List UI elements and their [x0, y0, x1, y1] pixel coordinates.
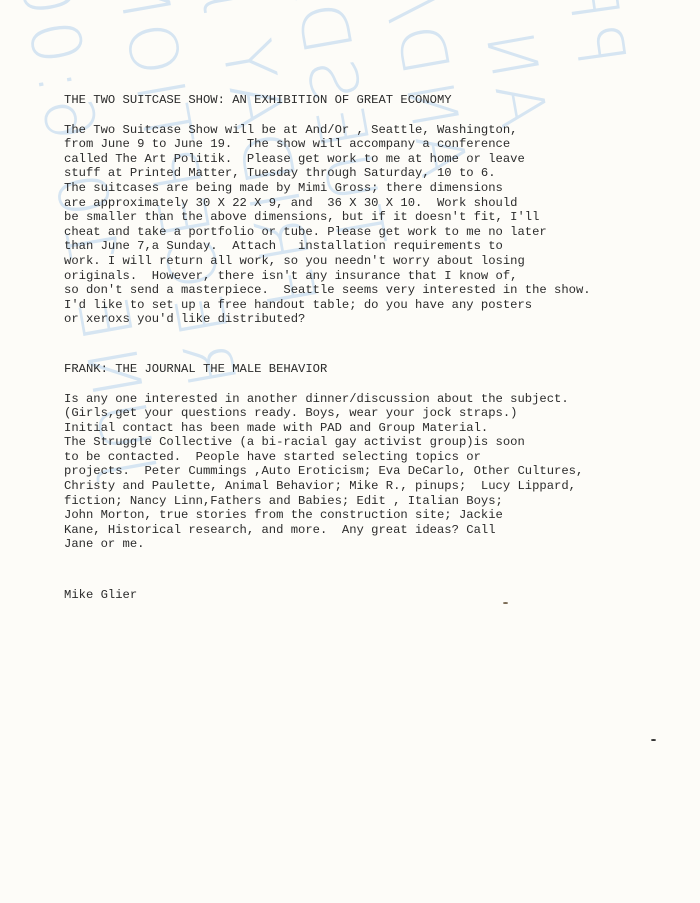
text-line: projects. Peter Cummings ,Auto Eroticism…	[64, 464, 684, 479]
show-through-line: PROJECTS	[512, 0, 640, 71]
text-line: be smaller than the above dimensions, bu…	[64, 210, 684, 225]
letter-body: THE TWO SUITCASE SHOW: AN EXHIBITION OF …	[64, 93, 684, 603]
paragraph-two-suitcase-show: The Two Suitcase Show will be at And/Or …	[64, 123, 684, 327]
text-line: Is any one interested in another dinner/…	[64, 392, 684, 407]
text-line: Christy and Paulette, Animal Behavior; M…	[64, 479, 684, 494]
text-line: fiction; Nancy Linn,Fathers and Babies; …	[64, 494, 684, 509]
text-line: called The Art Politik. Please get work …	[64, 152, 684, 167]
text-line: Kane, Historical research, and more. Any…	[64, 523, 684, 538]
show-through-line: COLLABORATIVE	[506, 0, 700, 4]
text-line: stuff at Printed Matter, Tuesday through…	[64, 166, 684, 181]
paragraph-frank-journal: Is any one interested in another dinner/…	[64, 392, 684, 553]
text-line: originals. However, there isn't any insu…	[64, 269, 684, 284]
section-heading-two-suitcase-show: THE TWO SUITCASE SHOW: AN EXHIBITION OF …	[64, 93, 684, 108]
paper-speck	[503, 602, 508, 604]
text-line: The suitcases are being made by Mimi Gro…	[64, 181, 684, 196]
text-line: are approximately 30 X 22 X 9, and 36 X …	[64, 196, 684, 211]
typed-letter-page: COLLABORATIVE PROJECTS AN EXHIBITION AND…	[0, 0, 700, 903]
paper-speck	[651, 739, 656, 741]
text-line: I'd like to set up a free handout table;…	[64, 298, 684, 313]
text-line: from June 9 to June 19. The show will ac…	[64, 137, 684, 152]
text-line: work. I will return all work, so you nee…	[64, 254, 684, 269]
text-line: cheat and take a portfolio or tube. Plea…	[64, 225, 684, 240]
signature: Mike Glier	[64, 588, 684, 603]
section-heading-frank-journal: FRANK: THE JOURNAL THE MALE BEHAVIOR	[64, 362, 684, 377]
text-line: Initial contact has been made with PAD a…	[64, 421, 684, 436]
text-line: than June 7,a Sunday. Attach installatio…	[64, 239, 684, 254]
text-line: (Girls,get your questions ready. Boys, w…	[64, 406, 684, 421]
text-line: John Morton, true stories from the const…	[64, 508, 684, 523]
text-line: The Struggle Collective (a bi-racial gay…	[64, 435, 684, 450]
text-line: or xeroxs you'd like distributed?	[64, 312, 684, 327]
text-line: so don't send a masterpiece. Seattle see…	[64, 283, 684, 298]
text-line: to be contacted. People have started sel…	[64, 450, 684, 465]
text-line: The Two Suitcase Show will be at And/Or …	[64, 123, 684, 138]
text-line: Jane or me.	[64, 537, 684, 552]
